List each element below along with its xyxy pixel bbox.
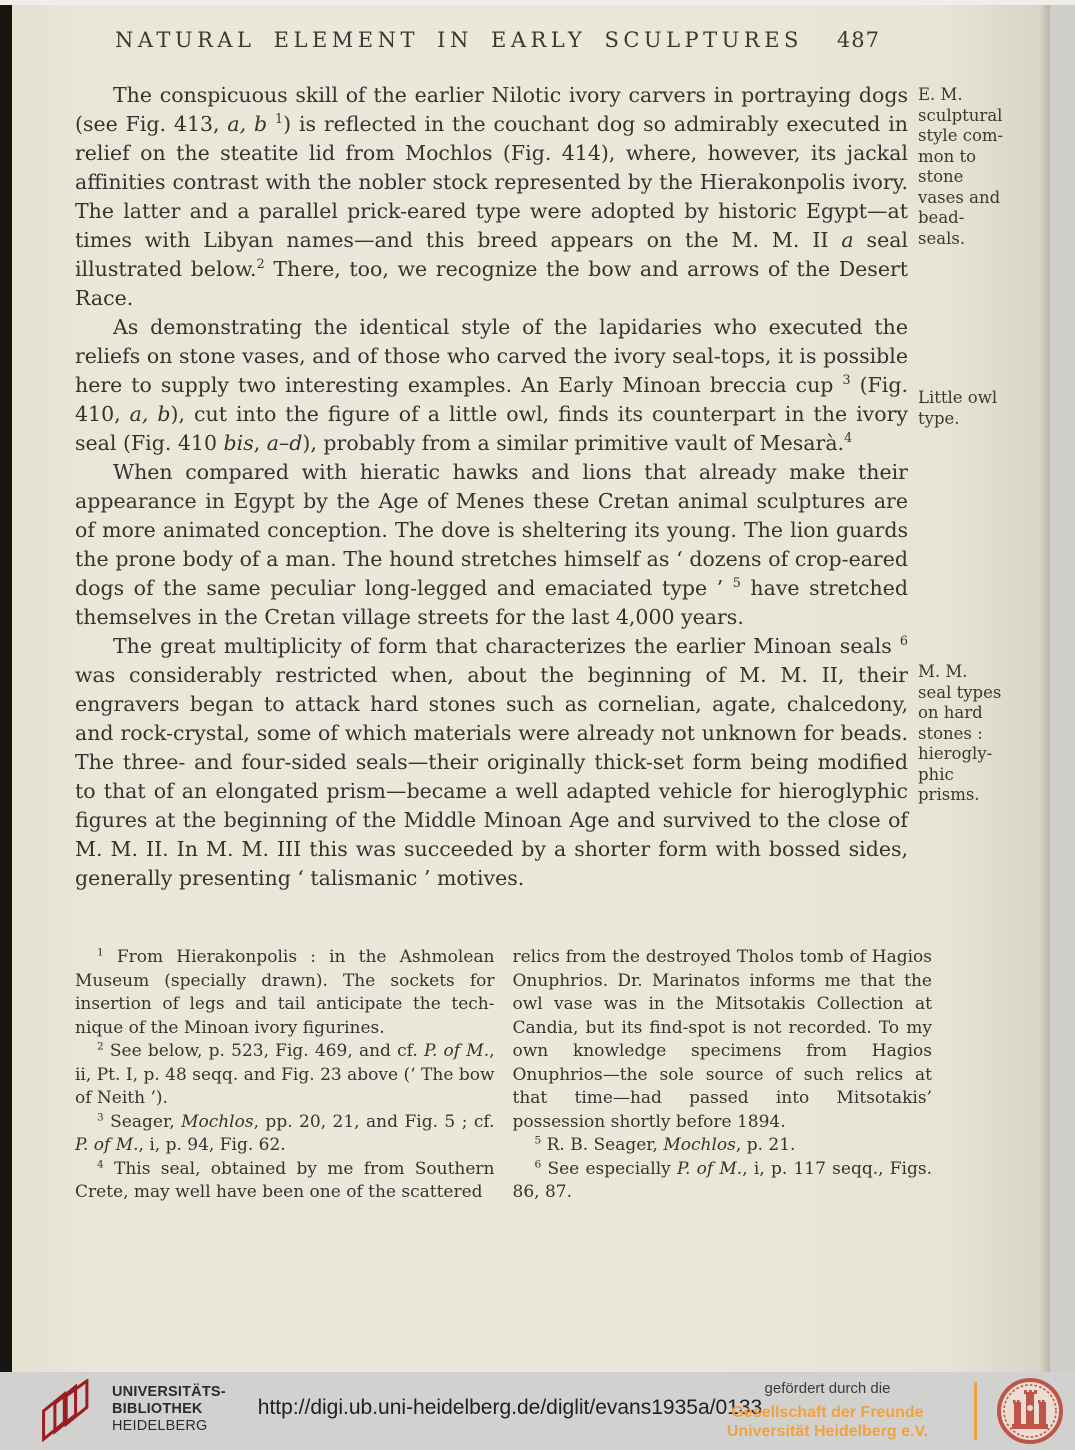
scan-edge-right xyxy=(1050,0,1075,1372)
footnote: 4 This seal, obtained by me from Souther… xyxy=(75,1158,495,1205)
page-header: NATURAL ELEMENT IN EARLY SCULPTURES487 xyxy=(75,28,920,52)
footnotes: 1 From Hierakonpolis : in the Ashmolean … xyxy=(75,946,932,1205)
paragraph: When compared with hieratic hawks and li… xyxy=(75,458,908,632)
paragraph: The conspicuous skill of the earlier Nil… xyxy=(75,81,908,313)
library-name-line1: UNIVERSITÄTS- xyxy=(112,1384,226,1401)
page-title: NATURAL ELEMENT IN EARLY SCULPTURES xyxy=(115,28,803,52)
university-seal-icon xyxy=(997,1378,1063,1444)
footnote-column-right: relics from the destroyed Tholos tomb of… xyxy=(513,946,933,1205)
paragraph: As demonstrating the identical style of … xyxy=(75,313,908,458)
footnote: 5 R. B. Seager, Mochlos, p. 21. xyxy=(513,1134,933,1158)
library-books-icon xyxy=(36,1379,102,1443)
footer-divider xyxy=(974,1382,977,1440)
margin-note-mm-seals: M. M. seal types on hard stones : hierog… xyxy=(918,662,1034,806)
footnote: 1 From Hierakonpolis : in the Ashmolean … xyxy=(75,946,495,1040)
footnote-continuation: relics from the destroyed Tholos tomb of… xyxy=(513,946,933,1134)
digitization-footer: UNIVERSITÄTS- BIBLIOTHEK HEIDELBERG http… xyxy=(0,1372,1075,1450)
footnote: 3 Seager, Mochlos, pp. 20, 21, and Fig. … xyxy=(75,1111,495,1158)
scan-edge-left xyxy=(0,0,12,1372)
margin-note-em-style: E. M. sculptural style com- mon to stone… xyxy=(918,85,1034,249)
book-page: NATURAL ELEMENT IN EARLY SCULPTURES487 T… xyxy=(12,5,1050,1372)
page-number: 487 xyxy=(837,28,880,52)
funding-note: gefördert durch die Gesellschaft der Fre… xyxy=(700,1380,955,1441)
library-name: UNIVERSITÄTS- BIBLIOTHEK HEIDELBERG xyxy=(112,1384,226,1435)
margin-note-owl-type: Little owl type. xyxy=(918,388,1034,429)
footnote-column-left: 1 From Hierakonpolis : in the Ashmolean … xyxy=(75,946,495,1205)
funding-org-line2: Universität Heidelberg e.V. xyxy=(700,1422,955,1441)
library-name-line3: HEIDELBERG xyxy=(112,1418,226,1435)
footnote: 2 See below, p. 523, Fig. 469, and cf. P… xyxy=(75,1040,495,1111)
library-name-line2: BIBLIOTHEK xyxy=(112,1401,226,1418)
body-text: The conspicuous skill of the earlier Nil… xyxy=(75,81,908,893)
funding-prefix: gefördert durch die xyxy=(700,1380,955,1397)
funding-org-line1: Gesellschaft der Freunde xyxy=(700,1403,955,1422)
footnote: 6 See especially P. of M., i, p. 117 seq… xyxy=(513,1158,933,1205)
paragraph: The great multiplicity of form that char… xyxy=(75,632,908,893)
